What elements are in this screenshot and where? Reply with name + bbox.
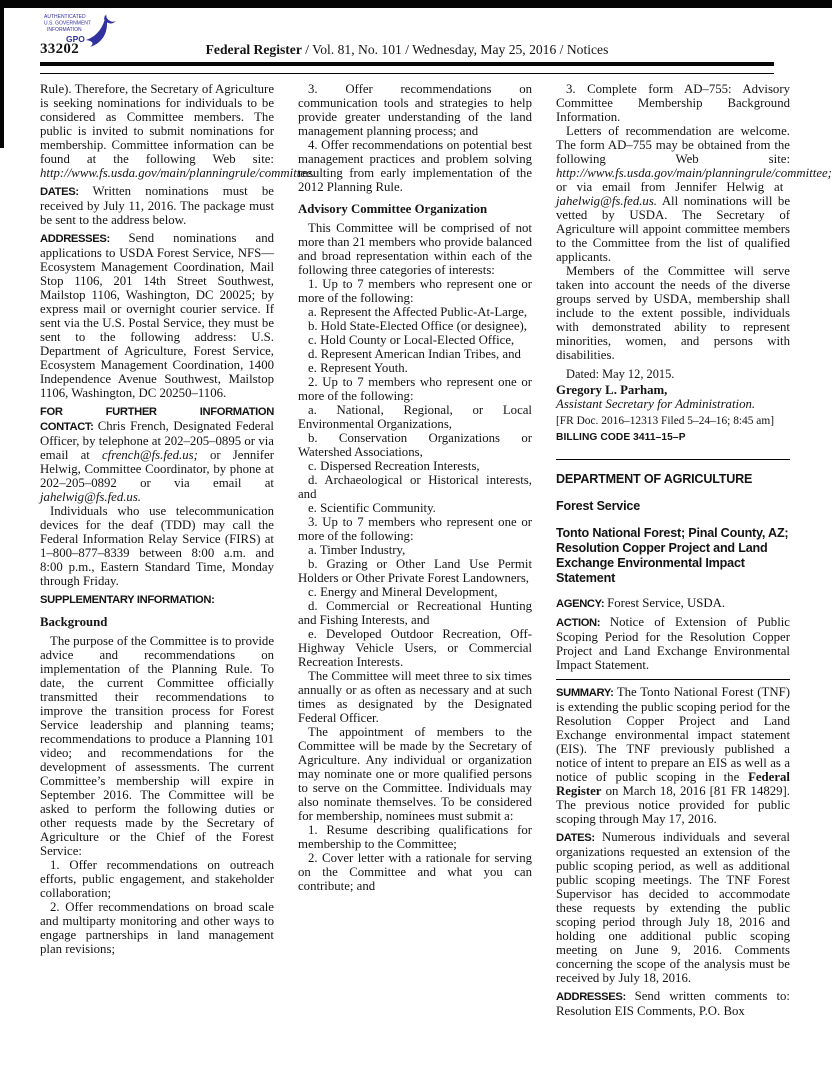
scan-border-left (0, 0, 4, 148)
labeled-paragraph: DATES: Written nominations must be recei… (40, 184, 274, 227)
dated-line: Dated: May 12, 2015. (556, 367, 790, 381)
notice-heading: Forest Service (556, 499, 790, 514)
paragraph: b. Hold State-Elected Office (or designe… (298, 319, 532, 333)
paragraph: Letters of recommendation are welcome. T… (556, 124, 790, 264)
labeled-paragraph: AGENCY: Forest Service, USDA. (556, 596, 790, 611)
column-right: 3. Complete form AD–755: Advisory Commit… (556, 82, 790, 1018)
labeled-paragraph: DATES: Numerous individuals and several … (556, 830, 790, 985)
paragraph: a. National, Regional, or Local Environm… (298, 403, 532, 431)
paragraph: b. Conservation Organizations or Watersh… (298, 431, 532, 459)
paragraph: d. Archaeological or Historical interest… (298, 473, 532, 501)
labeled-paragraph: ADDRESSES: Send written comments to: Res… (556, 989, 790, 1018)
labeled-paragraph: FOR FURTHER INFORMATION CONTACT: Chris F… (40, 404, 274, 504)
paragraph: This Committee will be comprised of not … (298, 221, 532, 277)
paragraph: 3. Offer recommendations on communicatio… (298, 82, 532, 138)
paragraph: c. Energy and Mineral Development, (298, 585, 532, 599)
paragraph: Rule). Therefore, the Secretary of Agric… (40, 82, 274, 180)
paragraph: 3. Up to 7 members who represent one or … (298, 515, 532, 543)
labeled-paragraph: ACTION: Notice of Extension of Public Sc… (556, 615, 790, 672)
paragraph: 1. Offer recommendations on outreach eff… (40, 858, 274, 900)
paragraph: d. Commercial or Recreational Hunting an… (298, 599, 532, 627)
paragraph: c. Hold County or Local-Elected Office, (298, 333, 532, 347)
labeled-paragraph: SUPPLEMENTARY INFORMATION: (40, 592, 274, 607)
paragraph: The Committee will meet three to six tim… (298, 669, 532, 725)
column-left: Rule). Therefore, the Secretary of Agric… (40, 82, 274, 956)
paragraph: e. Developed Outdoor Recreation, Off-Hig… (298, 627, 532, 669)
notice-heading: DEPARTMENT OF AGRICULTURE (556, 472, 790, 487)
labeled-paragraph: ADDRESSES: Send nominations and applicat… (40, 231, 274, 400)
paragraph: 4. Offer recommendations on potential be… (298, 138, 532, 194)
gpo-logo-line3: INFORMATION (47, 27, 82, 33)
signature-title: Assistant Secretary for Administration. (556, 397, 790, 411)
section-label: ADDRESSES: (556, 991, 635, 1003)
labeled-paragraph: SUMMARY: The Tonto National Forest (TNF)… (556, 685, 790, 826)
paragraph: c. Dispersed Recreation Interests, (298, 459, 532, 473)
paragraph: Members of the Committee will serve take… (556, 264, 790, 362)
paragraph: a. Represent the Affected Public-At-Larg… (298, 305, 532, 319)
paragraph: 2. Cover letter with a rationale for ser… (298, 851, 532, 893)
gpo-logo-line2: U.S. GOVERNMENT (44, 21, 91, 27)
section-divider (556, 459, 790, 460)
section-label: ACTION: (556, 617, 610, 629)
section-label: SUPPLEMENTARY INFORMATION: (40, 594, 217, 606)
billing-code: BILLING CODE 3411–15–P (556, 431, 790, 445)
running-head: Federal Register / Vol. 81, No. 101 / We… (40, 42, 774, 58)
scan-border-top (0, 0, 832, 8)
signature-name: Gregory L. Parham, (556, 383, 790, 397)
paragraph: d. Represent American Indian Tribes, and (298, 347, 532, 361)
paragraph: 2. Up to 7 members who represent one or … (298, 375, 532, 403)
section-label: SUMMARY: (556, 687, 617, 699)
section-divider (556, 679, 790, 680)
section-heading: Background (40, 615, 274, 629)
section-label: DATES: (40, 186, 93, 198)
fr-doc-line: [FR Doc. 2016–12313 Filed 5–24–16; 8:45 … (556, 414, 790, 428)
paragraph: 1. Resume describing qualifications for … (298, 823, 532, 851)
paragraph: 1. Up to 7 members who represent one or … (298, 277, 532, 305)
running-head-issue-info: / Vol. 81, No. 101 / Wednesday, May 25, … (302, 42, 609, 57)
section-label: ADDRESSES: (40, 233, 129, 245)
paragraph: e. Represent Youth. (298, 361, 532, 375)
section-label: DATES: (556, 832, 602, 844)
paragraph: The purpose of the Committee is to provi… (40, 634, 274, 858)
section-heading: Advisory Committee Organization (298, 202, 532, 216)
section-label: AGENCY: (556, 598, 607, 610)
running-head-publication: Federal Register (206, 42, 302, 57)
paragraph: a. Timber Industry, (298, 543, 532, 557)
column-center: 3. Offer recommendations on communicatio… (298, 82, 532, 893)
header-rule (40, 62, 774, 74)
paragraph: Individuals who use telecommunication de… (40, 504, 274, 588)
paragraph: The appointment of members to the Commit… (298, 725, 532, 823)
paragraph: 3. Complete form AD–755: Advisory Commit… (556, 82, 790, 124)
notice-heading: Tonto National Forest; Pinal County, AZ;… (556, 526, 790, 586)
paragraph: e. Scientific Community. (298, 501, 532, 515)
gpo-logo-line1: AUTHENTICATED (44, 14, 86, 20)
paragraph: b. Grazing or Other Land Use Permit Hold… (298, 557, 532, 585)
paragraph: 2. Offer recommendations on broad scale … (40, 900, 274, 956)
